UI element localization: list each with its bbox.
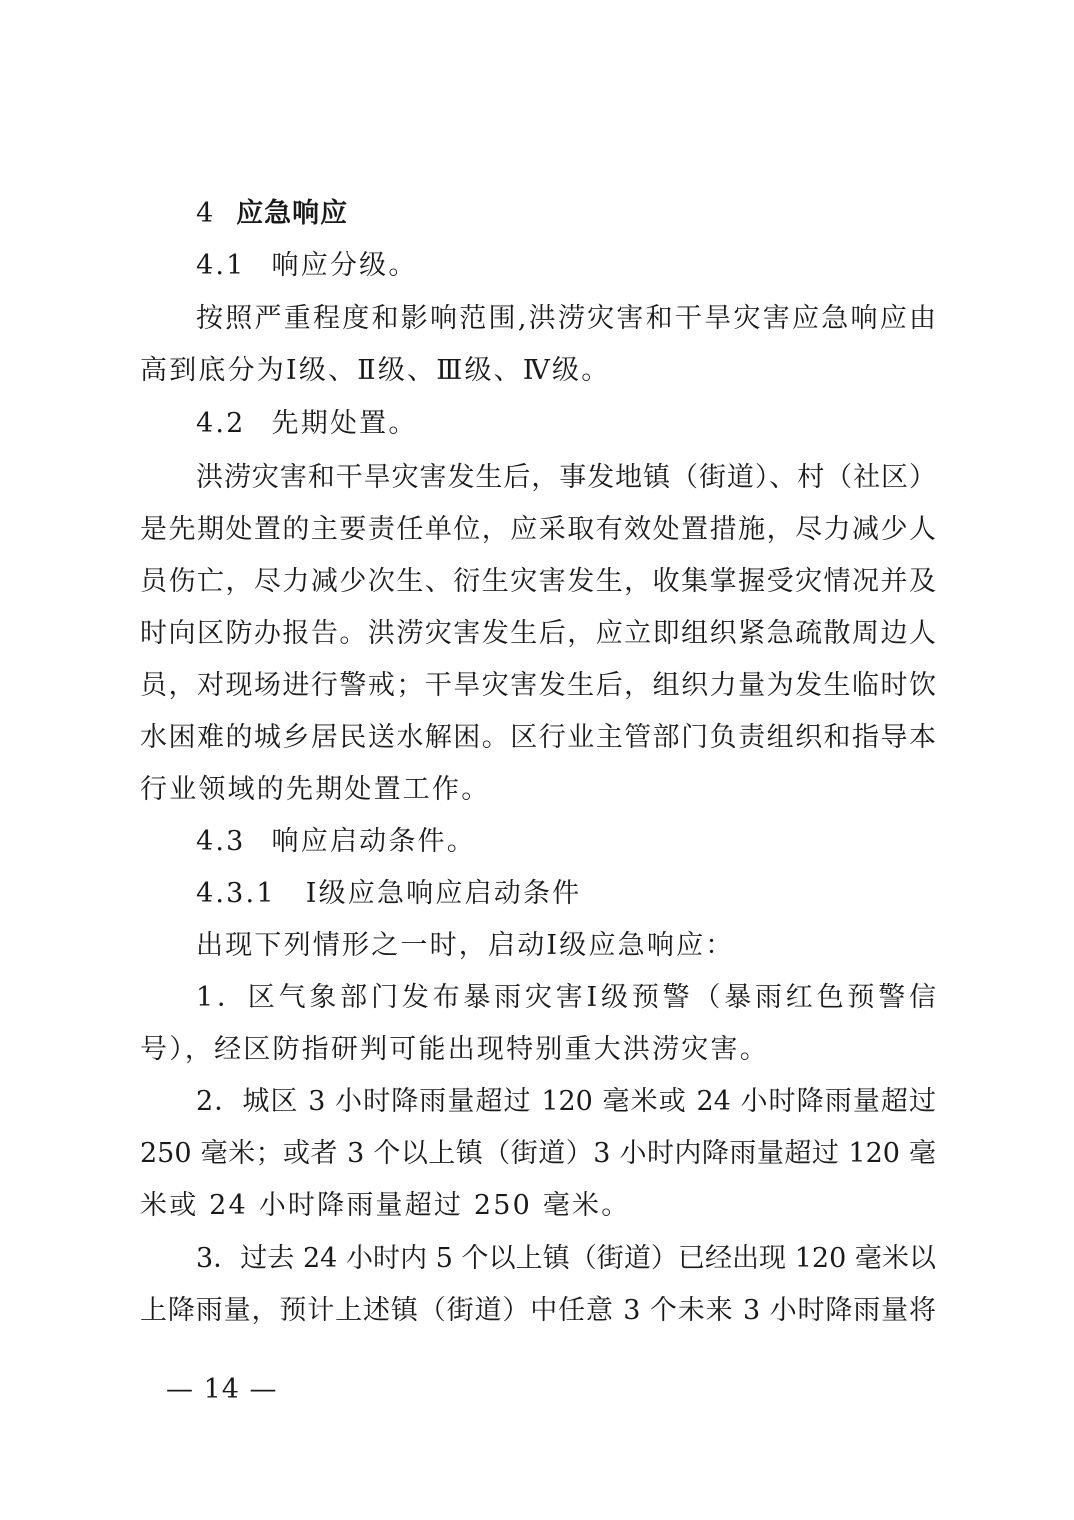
paragraph-line: 按照严重程度和影响范围,洪涝灾害和干旱灾害应急响应由 [196, 293, 936, 345]
subsubsection-title: Ⅰ级应急响应启动条件 [306, 878, 582, 909]
document-page: 4应急响应 4.1响应分级。 按照严重程度和影响范围,洪涝灾害和干旱灾害应急响应… [0, 0, 1074, 1520]
subsection-number: 4.3 [196, 826, 246, 857]
subsubsection-heading-4-3-1: 4.3.1Ⅰ级应急响应启动条件 [196, 868, 936, 920]
list-item-line: 号），经区防指研判可能出现特别重大洪涝灾害。 [140, 1024, 936, 1076]
list-item-line: 3．过去 24 小时内 5 个以上镇（街道）已经出现 120 毫米以 [196, 1233, 936, 1285]
subsection-heading-4-1: 4.1响应分级。 [196, 240, 936, 292]
paragraph-line: 员，对现场进行警戒；干旱灾害发生后，组织力量为发生临时饮 [140, 660, 936, 712]
paragraph-line: 洪涝灾害和干旱灾害发生后，事发地镇（街道）、村（社区） [196, 452, 936, 504]
paragraph-line: 时向区防办报告。洪涝灾害发生后，应立即组织紧急疏散周边人 [140, 608, 936, 660]
paragraph-line: 员伤亡，尽力减少次生、衍生灾害发生，收集掌握受灾情况并及 [140, 556, 936, 608]
paragraph-line: 水困难的城乡居民送水解困。区行业主管部门负责组织和指导本 [140, 712, 936, 764]
intro-line: 出现下列情形之一时，启动Ⅰ级应急响应： [196, 920, 936, 972]
subsubsection-number: 4.3.1 [196, 878, 276, 909]
subsection-title: 响应启动条件。 [272, 826, 476, 857]
list-item-line: 2．城区 3 小时降雨量超过 120 毫米或 24 小时降雨量超过 [196, 1076, 936, 1128]
subsection-heading-4-2: 4.2先期处置。 [196, 398, 936, 450]
subsection-title: 响应分级。 [272, 250, 418, 281]
list-item-line: 上降雨量，预计上述镇（街道）中任意 3 个未来 3 小时降雨量将 [140, 1285, 936, 1337]
list-item-line: 250 毫米；或者 3 个以上镇（街道）3 小时内降雨量超过 120 毫 [140, 1128, 936, 1180]
paragraph-line: 高到底分为Ⅰ级、Ⅱ级、Ⅲ级、Ⅳ级。 [140, 345, 936, 397]
page-number: — 14 — [166, 1370, 278, 1410]
subsection-number: 4.2 [196, 408, 246, 439]
subsection-heading-4-3: 4.3响应启动条件。 [196, 816, 936, 868]
section-number: 4 [196, 198, 214, 229]
subsection-title: 先期处置。 [272, 408, 418, 439]
subsection-number: 4.1 [196, 250, 246, 281]
paragraph-line: 是先期处置的主要责任单位，应采取有效处置措施，尽力减少人 [140, 504, 936, 556]
list-item-line: 米或 24 小时降雨量超过 250 毫米。 [140, 1180, 936, 1232]
list-item-line: 1．区气象部门发布暴雨灾害Ⅰ级预警（暴雨红色预警信 [196, 972, 936, 1024]
section-title: 应急响应 [236, 198, 348, 229]
paragraph-line: 行业领域的先期处置工作。 [140, 764, 936, 816]
section-heading: 4应急响应 [196, 188, 936, 240]
